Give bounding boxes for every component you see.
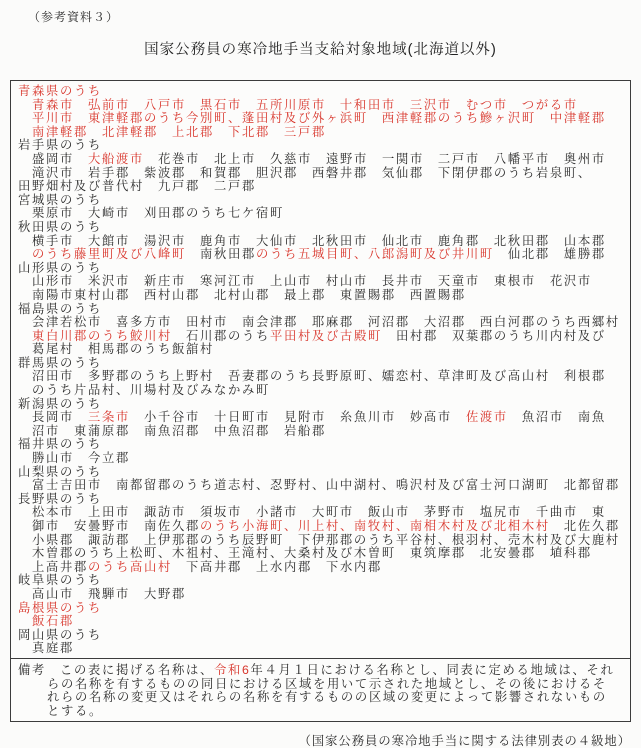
region-line-segment-black: 仙北郡 雄勝郡 — [494, 247, 606, 261]
region-line-segment-black: 富士吉田市 南都留郡のうち道志村、忍野村、山中湖村、鳴沢村及び富士河口湖町 北都… — [32, 478, 620, 492]
region-line-segment-red: 青森市 弘前市 八戸市 黒石市 五所川原市 十和田市 三沢市 むつ市 つがる市 — [32, 98, 578, 112]
remarks-line-segment-black: らの名称を有するものの同日における区域を用いて示された地域とし、その後におけるそ — [47, 677, 607, 691]
region-line-segment-black: 宮城県のうち — [18, 193, 102, 207]
region-line-segment-red: 平田村及び古殿町 — [270, 329, 382, 343]
region-line: 岩手県のうち — [18, 139, 625, 153]
region-line-segment-black: 南秋田郡 — [186, 247, 256, 261]
region-line-segment-black: 岩手県のうち — [18, 138, 102, 152]
region-line-segment-black: 山形県のうち — [18, 261, 102, 275]
region-line: 山形市 米沢市 新庄市 寒河江市 上山市 村山市 長井市 天童市 東根市 花沢市 — [18, 275, 625, 289]
region-line-segment-black: 群馬県のうち — [18, 356, 102, 370]
region-line-segment-red: のうち五城目町、八郎潟町及び井川町 — [256, 247, 494, 261]
region-line: 飯石郡 — [18, 615, 625, 629]
region-line: 南陽市東村山郡 西村山郡 北村山郡 最上郡 東置賜郡 西置賜郡 — [18, 289, 625, 303]
footer-note: （国家公務員の寒冷地手当に関する法律別表の４級地） — [0, 731, 631, 748]
region-line-segment-black: 石川郡のうち — [172, 329, 270, 343]
region-line-segment-red: のうち藤里町及び八峰町 — [32, 247, 186, 261]
region-line: 高山市 飛騨市 大野郡 — [18, 588, 625, 602]
region-line-segment-black: 魚沼市 南魚 — [508, 410, 606, 424]
region-line-segment-black: 長野県のうち — [18, 492, 102, 506]
region-line: 勝山市 今立郡 — [18, 452, 625, 466]
region-line-segment-black: 木曽郡のうち上松町、木祖村、王滝村、大桑村及び木曽町 東筑摩郡 北安曇郡 埴科郡 — [32, 546, 592, 560]
region-line-segment-black: 沼市 東蒲原郡 南魚沼郡 中魚沼郡 岩船郡 — [32, 424, 326, 438]
region-line-segment-black: 下高井郡 上水内郡 下水内郡 — [172, 560, 382, 574]
remarks-box: 備考 この表に掲げる名称は、令和6年４月１日における名称とし、同表に定める地域は… — [10, 658, 631, 722]
region-line-segment-red: 飯石郡 — [32, 614, 74, 628]
region-line-segment-red: 大船渡市 — [88, 152, 144, 166]
region-line-segment-red: 三条市 — [88, 410, 130, 424]
region-line: のうち片品村、川場村及びみなかみ町 — [18, 384, 625, 398]
region-line-segment-black: 栗原市 大崎市 刈田郡のうち七ケ宿町 — [32, 206, 284, 220]
region-line-segment-black: 小千谷市 十日町市 見附市 糸魚川市 妙高市 — [130, 410, 466, 424]
region-line: 御市 安曇野市 南佐久郡のうち小海町、川上村、南牧村、南相木村及び北相木村 北佐… — [18, 520, 625, 534]
region-line: 田野畑村及び普代村 九戸郡 二戸郡 — [18, 180, 625, 194]
region-line-segment-black: 真庭郡 — [32, 641, 74, 655]
remarks-line: 備考 この表に掲げる名称は、令和6年４月１日における名称とし、同表に定める地域は… — [18, 664, 625, 678]
region-line-segment-black: 岐阜県のうち — [18, 573, 102, 587]
region-line-segment-black: 長岡市 — [32, 410, 88, 424]
region-line-segment-black: 南陽市東村山郡 西村山郡 北村山郡 最上郡 東置賜郡 西置賜郡 — [32, 288, 466, 302]
region-line-segment-black: 田野畑村及び普代村 九戸郡 二戸郡 — [18, 179, 256, 193]
region-line: 富士吉田市 南都留郡のうち道志村、忍野村、山中湖村、鳴沢村及び富士河口湖町 北都… — [18, 479, 625, 493]
region-line: 松本市 上田市 諏訪市 須坂市 小諸市 大町市 飯山市 茅野市 塩尻市 千曲市 … — [18, 506, 625, 520]
document-page: （参考資料３） 国家公務員の寒冷地手当支給対象地域(北海道以外) 青森県のうち青… — [0, 8, 641, 748]
region-line: 南津軽郡 北津軽郡 上北郡 下北郡 三戸郡 — [18, 126, 625, 140]
region-line: 平川市 東津軽郡のうち今別町、蓬田村及び外ヶ浜町 西津軽郡のうち鰺ヶ沢町 中津軽… — [18, 112, 625, 126]
region-line-segment-red: 平川市 東津軽郡のうち今別町、蓬田村及び外ヶ浜町 西津軽郡のうち鰺ヶ沢町 中津軽… — [32, 111, 606, 125]
region-line-segment-black: 葛尾村 相馬郡のうち飯舘村 — [32, 342, 214, 356]
region-line-segment-black: 岡山県のうち — [18, 628, 102, 642]
region-line: 真庭郡 — [18, 642, 625, 656]
region-line-segment-red: 南津軽郡 北津軽郡 上北郡 下北郡 三戸郡 — [32, 125, 326, 139]
region-line-segment-black: 会津若松市 喜多方市 田村市 南会津郡 耶麻郡 河沼郡 大沼郡 西白河郡のうち西… — [32, 315, 620, 329]
region-line-segment-red: 東白川郡のうち鮫川村 — [32, 329, 172, 343]
region-line: 岡山県のうち — [18, 629, 625, 643]
page-title: 国家公務員の寒冷地手当支給対象地域(北海道以外) — [0, 38, 641, 59]
region-line: 岐阜県のうち — [18, 574, 625, 588]
remarks-line: とする。 — [18, 705, 625, 719]
region-line-segment-black: 沼田市 多野郡のうち上野村 吾妻郡のうち長野原町、嬬恋村、草津町及び高山村 利根… — [32, 369, 606, 383]
region-line: 栗原市 大崎市 刈田郡のうち七ケ宿町 — [18, 207, 625, 221]
region-line: 島根県のうち — [18, 602, 625, 616]
region-line-segment-black: 福島県のうち — [18, 302, 102, 316]
region-line: のうち藤里町及び八峰町 南秋田郡のうち五城目町、八郎潟町及び井川町 仙北郡 雄勝… — [18, 248, 625, 262]
remarks-line-segment-black: 備考 この表に掲げる名称は、 — [18, 663, 214, 677]
region-line: 福井県のうち — [18, 438, 625, 452]
region-line-segment-black: 田村郡 双葉郡のうち川内村及び — [382, 329, 606, 343]
region-line-segment-black: 秋田県のうち — [18, 220, 102, 234]
region-line-segment-red: のうち小海町、川上村、南牧村、南相木村及び北相木村 — [200, 519, 550, 533]
region-list-box: 青森県のうち青森市 弘前市 八戸市 黒石市 五所川原市 十和田市 三沢市 むつ市… — [10, 80, 631, 659]
region-line-segment-black: 山形市 米沢市 新庄市 寒河江市 上山市 村山市 長井市 天童市 東根市 花沢市 — [32, 274, 592, 288]
region-line-segment-black: 山梨県のうち — [18, 465, 102, 479]
remarks-line-segment-black: れらの名称の変更又はそれらの名称を有するものの区域の変更によって影響されないもの — [47, 690, 607, 704]
region-line: 長岡市 三条市 小千谷市 十日町市 見附市 糸魚川市 妙高市 佐渡市 魚沼市 南… — [18, 411, 625, 425]
region-line-segment-black: 新潟県のうち — [18, 397, 102, 411]
region-line-segment-black: 花巻市 北上市 久慈市 遠野市 一関市 二戸市 八幡平市 奥州市 — [144, 152, 606, 166]
region-line: 秋田県のうち — [18, 221, 625, 235]
region-line-segment-black: 滝沢市 岩手郡 紫波郡 和賀郡 胆沢郡 西磐井郡 気仙郡 下閉伊郡のうち岩泉町、 — [32, 166, 592, 180]
remarks-line: れらの名称の変更又はそれらの名称を有するものの区域の変更によって影響されないもの — [18, 691, 625, 705]
reference-label: （参考資料３） — [28, 8, 641, 25]
region-line: 会津若松市 喜多方市 田村市 南会津郡 耶麻郡 河沼郡 大沼郡 西白河郡のうち西… — [18, 316, 625, 330]
region-line: 沼市 東蒲原郡 南魚沼郡 中魚沼郡 岩船郡 — [18, 425, 625, 439]
remarks-line-segment-black: 年４月１日における名称とし、同表に定める地域は、それ — [251, 663, 615, 677]
region-line-segment-red: 佐渡市 — [466, 410, 508, 424]
region-line-segment-red: 青森県のうち — [18, 84, 102, 98]
region-line-segment-black: 高山市 飛騨市 大野郡 — [32, 587, 186, 601]
region-line-segment-black: のうち片品村、川場村及びみなかみ町 — [32, 383, 270, 397]
region-line-segment-black: 盛岡市 — [32, 152, 88, 166]
region-line-segment-black: 松本市 上田市 諏訪市 須坂市 小諸市 大町市 飯山市 茅野市 塩尻市 千曲市 … — [32, 505, 606, 519]
region-line-segment-black: 御市 安曇野市 南佐久郡 — [32, 519, 200, 533]
region-line: 青森県のうち — [18, 85, 625, 99]
region-line: 葛尾村 相馬郡のうち飯舘村 — [18, 343, 625, 357]
region-line-segment-black: 上高井郡 — [32, 560, 88, 574]
region-line: 木曽郡のうち上松町、木祖村、王滝村、大桑村及び木曽町 東筑摩郡 北安曇郡 埴科郡 — [18, 547, 625, 561]
region-line-segment-black: 小県郡 諏訪郡 上伊那郡のうち辰野町 下伊那郡のうち平谷村、根羽村、売木村及び大… — [32, 533, 620, 547]
region-line: 盛岡市 大船渡市 花巻市 北上市 久慈市 遠野市 一関市 二戸市 八幡平市 奥州… — [18, 153, 625, 167]
region-line-segment-black: 福井県のうち — [18, 437, 102, 451]
remarks-line-segment-black: とする。 — [47, 704, 103, 718]
remarks-line-segment-red: 令和6 — [214, 663, 251, 677]
region-line-segment-black: 勝山市 今立郡 — [32, 451, 130, 465]
region-line-segment-red: 島根県のうち — [18, 601, 102, 615]
region-line: 上高井郡のうち高山村 下高井郡 上水内郡 下水内郡 — [18, 561, 625, 575]
region-line-segment-red: のうち高山村 — [88, 560, 172, 574]
region-line-segment-black: 北佐久郡 — [550, 519, 620, 533]
region-line-segment-black: 横手市 大館市 湯沢市 鹿角市 大仙市 北秋田市 仙北市 鹿角郡 北秋田郡 山本… — [32, 234, 606, 248]
